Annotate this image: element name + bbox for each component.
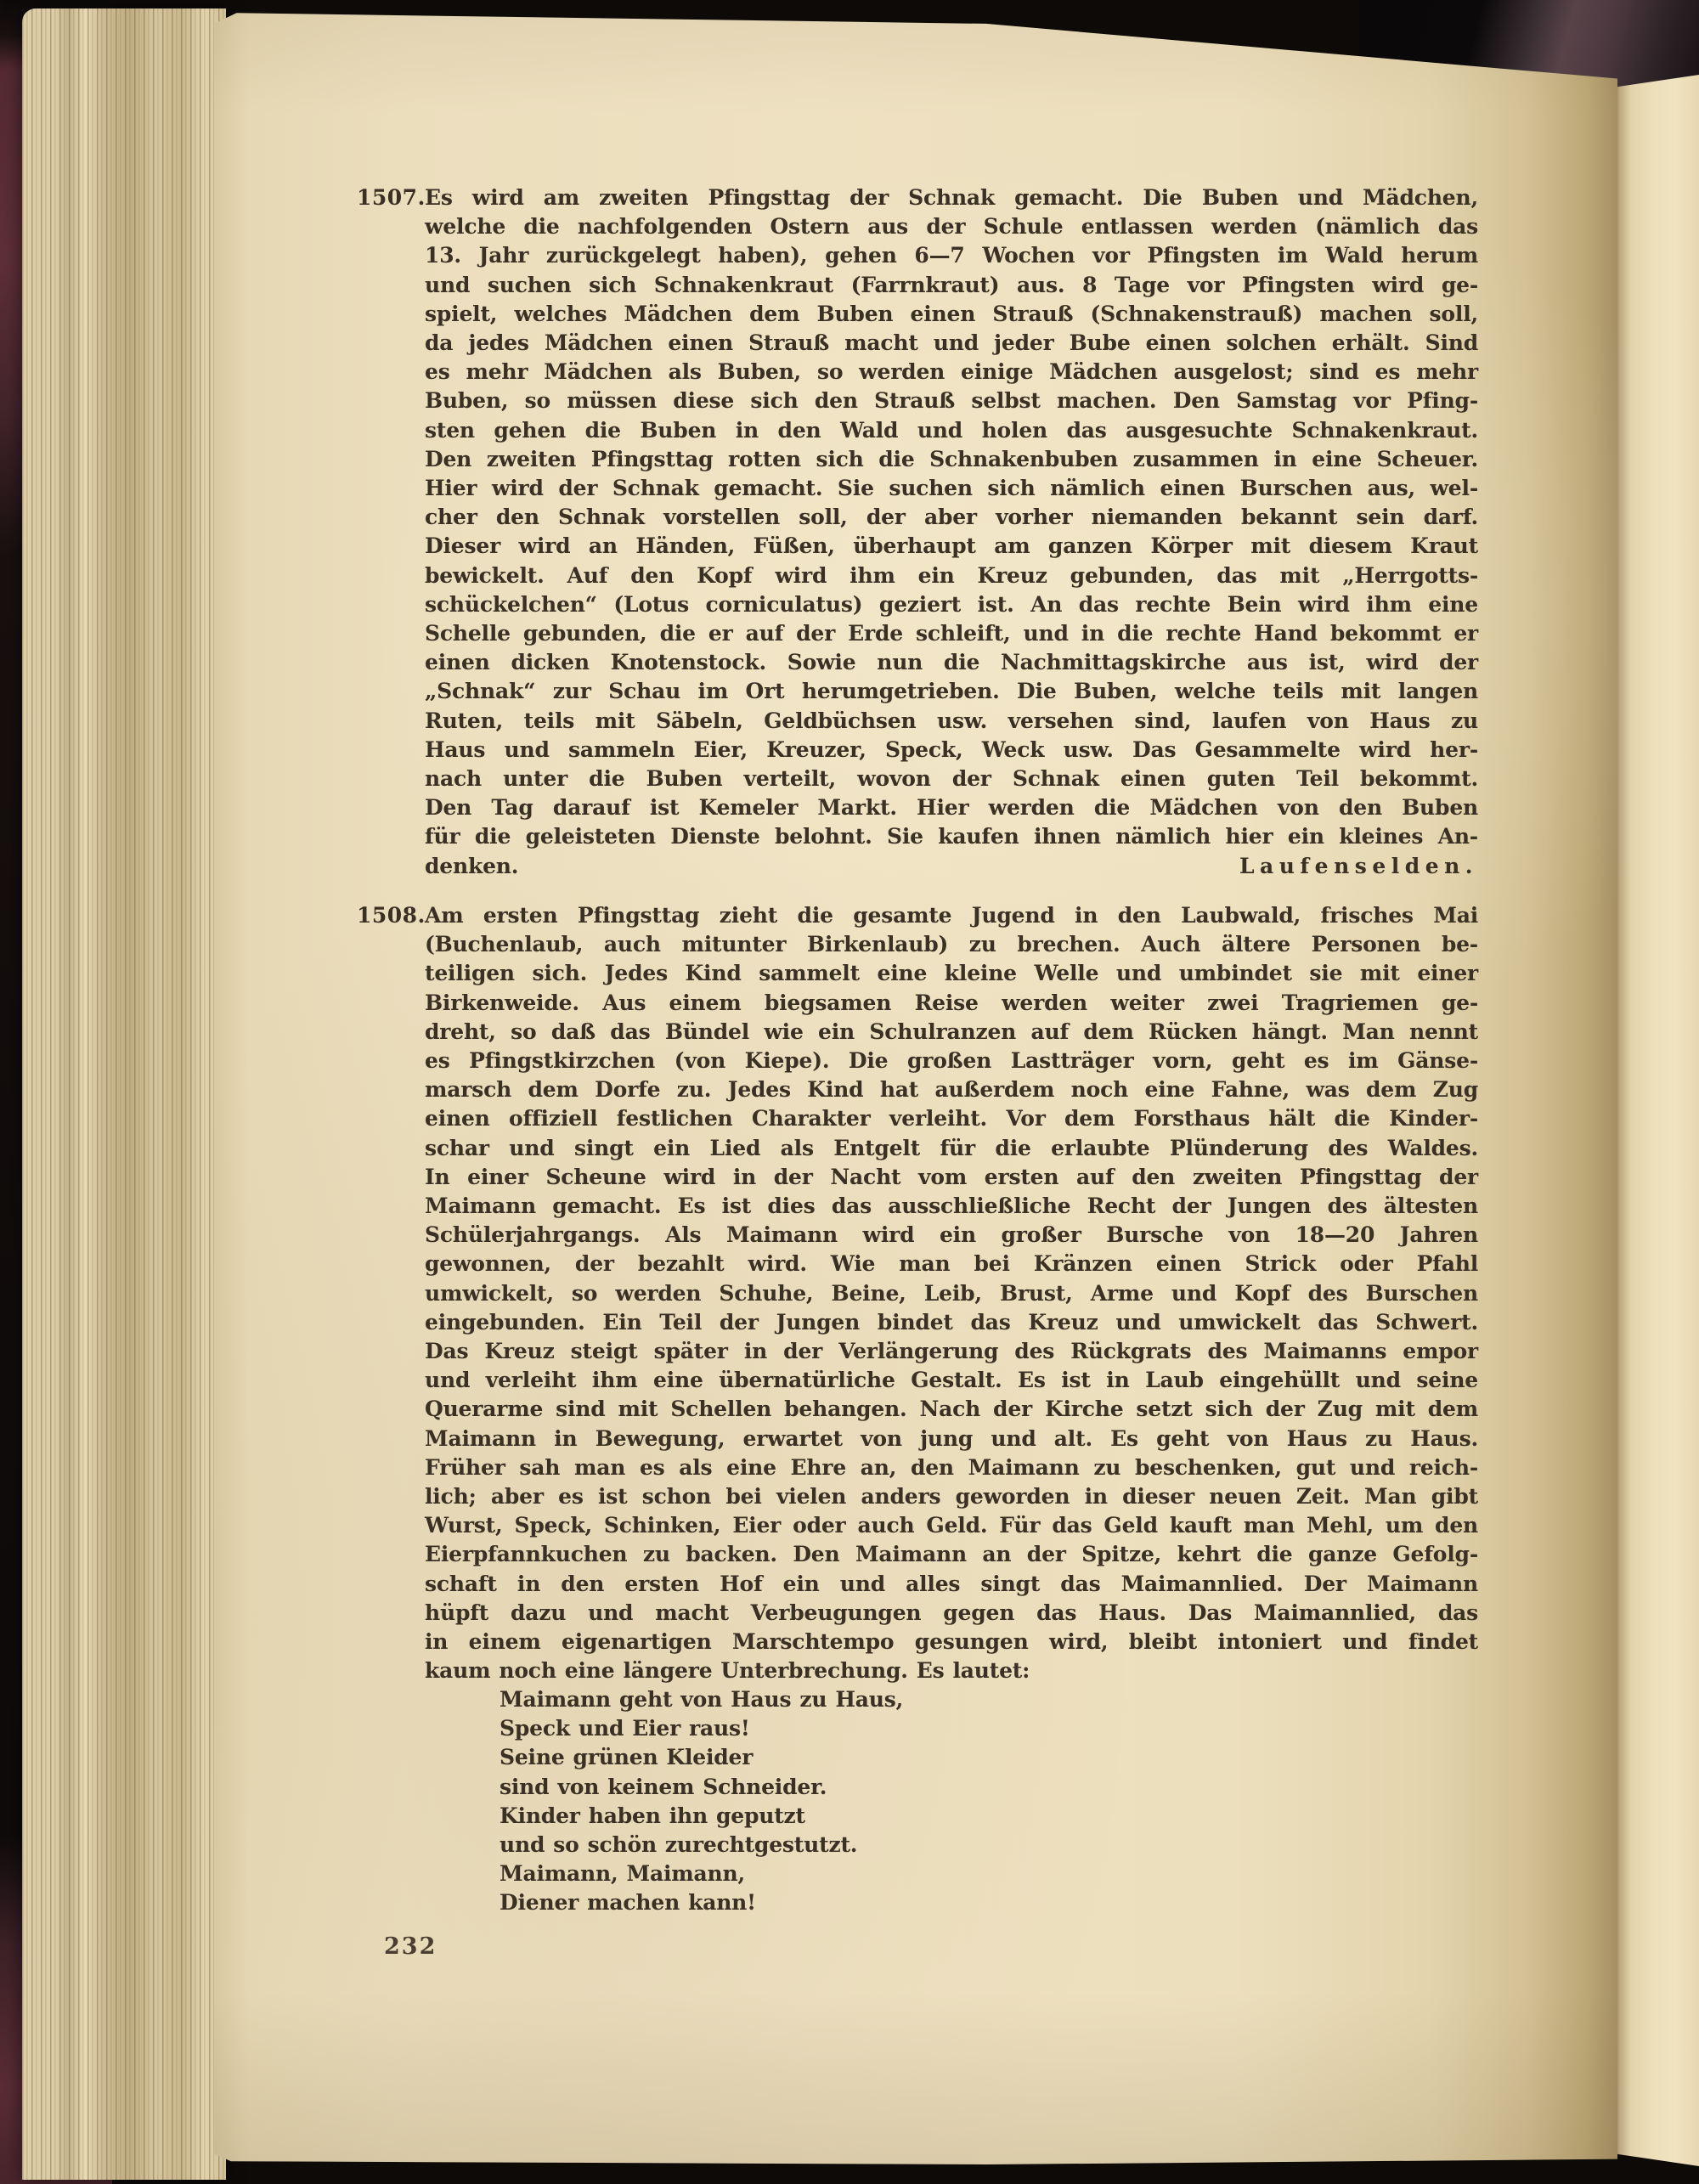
text-line: in einem eigenartigen Marschtempo gesung…	[425, 1628, 1478, 1656]
text-line: welche die nachfolgenden Ostern aus der …	[425, 212, 1478, 241]
entry-last-line-row: denken. Laufenselden.	[425, 852, 1478, 881]
text-line: Den zweiten Pfingsttag rotten sich die S…	[425, 445, 1478, 474]
text-line: Den Tag darauf ist Kemeler Markt. Hier w…	[425, 793, 1478, 822]
entry-body: Es wird am zweiten Pfingsttag der Schnak…	[425, 183, 1478, 852]
text-line: nach unter die Buben verteilt, wovon der…	[425, 765, 1478, 793]
text-line: Wurst, Speck, Schinken, Eier oder auch G…	[425, 1511, 1478, 1540]
entry-1508: 1508. Am ersten Pfingsttag zieht die ges…	[425, 901, 1478, 1685]
text-line: es mehr Mädchen als Buben, so werden ein…	[425, 358, 1478, 387]
song-line: Maimann geht von Haus zu Haus,	[500, 1685, 903, 1714]
song-line: Speck und Eier raus!	[500, 1714, 903, 1743]
text-line: da jedes Mädchen einen Strauß macht und …	[425, 329, 1478, 358]
text-line: schar und singt ein Lied als Entgelt für…	[425, 1134, 1478, 1163]
text-line: 13. Jahr zurückgelegt haben), gehen 6—7 …	[425, 241, 1478, 270]
text-line: cher den Schnak vorstellen soll, der abe…	[425, 503, 1478, 532]
text-line: einen offiziell festlichen Charakter ver…	[425, 1104, 1478, 1133]
text-line: Birkenweide. Aus einem biegsamen Reise w…	[425, 989, 1478, 1018]
text-line: spielt, welches Mädchen dem Buben einen …	[425, 300, 1478, 329]
text-line: einen dicken Knotenstock. Sowie nun die …	[425, 648, 1478, 677]
text-line: Ruten, teils mit Säbeln, Geldbüchsen usw…	[425, 707, 1478, 736]
text-line: Querarme sind mit Schellen behangen. Nac…	[425, 1395, 1478, 1424]
text-line: sten gehen die Buben in den Wald und hol…	[425, 416, 1478, 445]
entry-last-line: kaum noch eine längere Unterbrechung. Es…	[425, 1656, 1030, 1685]
facing-page-edge	[1614, 75, 1699, 2166]
text-line: für die geleisteten Dienste belohnt. Sie…	[425, 822, 1478, 851]
text-line: marsch dem Dorfe zu. Jedes Kind hat auße…	[425, 1075, 1478, 1104]
text-line: Das Kreuz steigt später in der Verlänger…	[425, 1337, 1478, 1366]
text-line: Hier wird der Schnak gemacht. Sie suchen…	[425, 474, 1478, 503]
song-line: Seine grünen Kleider	[500, 1743, 903, 1772]
text-line: umwickelt, so werden Schuhe, Beine, Leib…	[425, 1279, 1478, 1308]
book-scan: 1507. Es wird am zweiten Pfingsttag der …	[0, 0, 1699, 2184]
text-line: gewonnen, der bezahlt wird. Wie man bei …	[425, 1250, 1478, 1278]
contributor-signature: Laufenselden.	[1239, 852, 1478, 881]
text-line: schaft in den ersten Hof ein und alles s…	[425, 1570, 1478, 1599]
entry-last-line-row: kaum noch eine längere Unterbrechung. Es…	[425, 1656, 1478, 1685]
text-line: In einer Scheune wird in der Nacht vom e…	[425, 1163, 1478, 1192]
text-line: lich; aber es ist schon bei vielen ander…	[425, 1482, 1478, 1511]
entry-body: Am ersten Pfingsttag zieht die gesamte J…	[425, 901, 1478, 1656]
text-line: schückelchen“ (Lotus corniculatus) gezie…	[425, 590, 1478, 619]
text-line: Maimann in Bewegung, erwartet von jung u…	[425, 1425, 1478, 1453]
entry-number: 1508.	[357, 901, 420, 930]
text-line: Haus und sammeln Eier, Kreuzer, Speck, W…	[425, 736, 1478, 765]
page-number: 232	[384, 1933, 437, 1960]
text-line: „Schnak“ zur Schau im Ort herumgetrieben…	[425, 677, 1478, 706]
maimann-song: Maimann geht von Haus zu Haus,Speck und …	[500, 1685, 903, 1918]
text-line: hüpft dazu und macht Verbeugungen gegen …	[425, 1599, 1478, 1628]
song-lines: Maimann geht von Haus zu Haus,Speck und …	[500, 1685, 903, 1918]
text-line: und verleiht ihm eine übernatürliche Ges…	[425, 1366, 1478, 1395]
text-line: Es wird am zweiten Pfingsttag der Schnak…	[425, 183, 1478, 212]
entry-number: 1507.	[357, 183, 420, 212]
song-line: Diener machen kann!	[500, 1888, 903, 1917]
text-line: (Buchenlaub, auch mitunter Birkenlaub) z…	[425, 930, 1478, 959]
song-line: sind von keinem Schneider.	[500, 1773, 903, 1802]
text-line: bewickelt. Auf den Kopf wird ihm ein Kre…	[425, 562, 1478, 590]
text-line: Maimann gemacht. Es ist dies das ausschl…	[425, 1192, 1478, 1221]
song-line: Kinder haben ihn geputzt	[500, 1802, 903, 1831]
song-line: und so schön zurechtgestutzt.	[500, 1831, 903, 1860]
text-line: Am ersten Pfingsttag zieht die gesamte J…	[425, 901, 1478, 930]
entry-1507: 1507. Es wird am zweiten Pfingsttag der …	[425, 183, 1478, 881]
text-line: es Pfingstkirzchen (von Kiepe). Die groß…	[425, 1047, 1478, 1075]
text-line: Früher sah man es als eine Ehre an, den …	[425, 1453, 1478, 1482]
text-line: Schelle gebunden, die er auf der Erde sc…	[425, 619, 1478, 648]
text-line: Dieser wird an Händen, Füßen, überhaupt …	[425, 532, 1478, 561]
song-line: Maimann, Maimann,	[500, 1860, 903, 1888]
text-line: Eierpfannkuchen zu backen. Den Maimann a…	[425, 1540, 1478, 1569]
text-line: und suchen sich Schnakenkraut (Farrnkrau…	[425, 271, 1478, 300]
text-line: Buben, so müssen diese sich den Strauß s…	[425, 387, 1478, 415]
text-line: teiligen sich. Jedes Kind sammelt eine k…	[425, 959, 1478, 988]
text-line: Schülerjahrgangs. Als Maimann wird ein g…	[425, 1221, 1478, 1250]
entry-last-line: denken.	[425, 852, 518, 881]
page-edge-stack	[22, 8, 226, 2180]
text-line: eingebunden. Ein Teil der Jungen bindet …	[425, 1308, 1478, 1337]
text-line: dreht, so daß das Bündel wie ein Schulra…	[425, 1018, 1478, 1047]
